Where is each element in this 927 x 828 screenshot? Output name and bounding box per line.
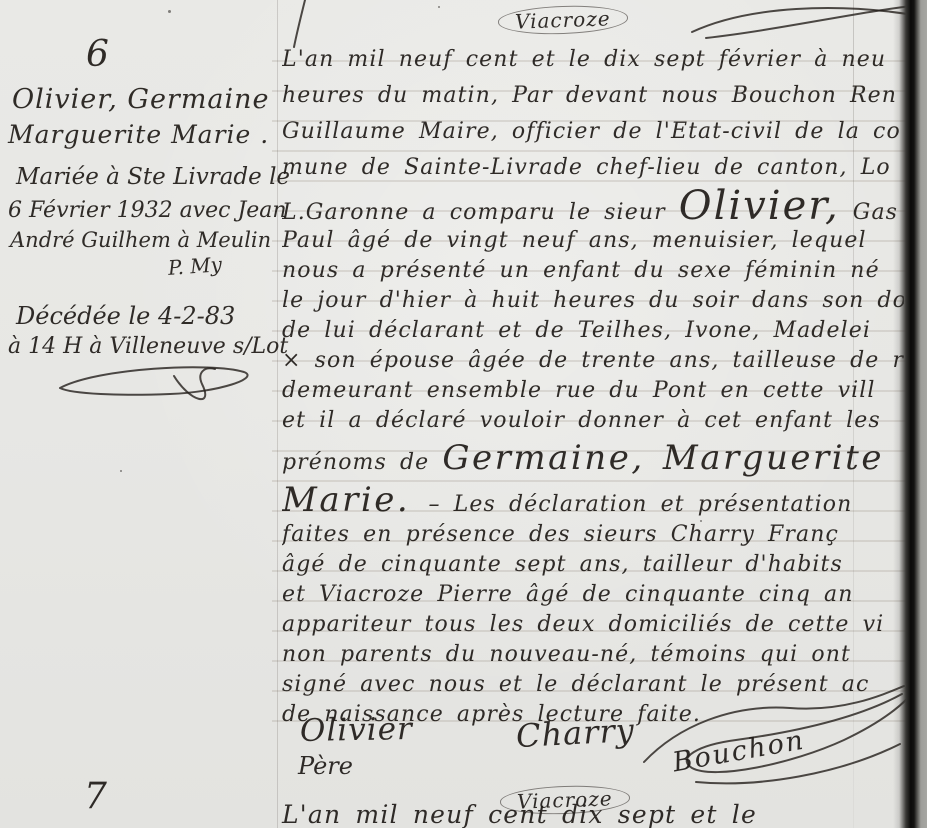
act-line-comparution: L.Garonne a comparu le sieur Olivier, Ga…: [282, 186, 904, 226]
book-binding-shadow: [893, 0, 927, 828]
act-number: 6: [86, 34, 110, 75]
act-line: mune de Sainte-Livrade chef-lieu de cant…: [282, 150, 904, 186]
death-note-line-1: Décédée le 4-2-83: [16, 302, 235, 330]
child-forename-marie-large: Marie.: [282, 480, 428, 520]
scan-speck: [438, 6, 440, 8]
act-line: L'an mil neuf cent et le dix sept févrie…: [282, 42, 904, 78]
next-act-number: 7: [84, 776, 107, 817]
scan-speck: [168, 10, 171, 13]
margin-signature-flourish: [52, 356, 267, 414]
scan-speck: [700, 520, 702, 522]
margin-rule-line: [277, 0, 278, 828]
child-forenames-large: Germaine, Marguerite: [442, 438, 884, 478]
registrant-name-line-1: Olivier, Germaine: [12, 84, 270, 115]
marriage-note-line-1: Mariée à Ste Livrade le: [16, 164, 290, 190]
act-line: non parents du nouveau-né, témoins qui o…: [282, 640, 904, 670]
act-line-prenoms: prénoms de Germaine, Marguerite: [282, 436, 904, 480]
marriage-note-line-3: André Guilhem à Meulin: [10, 228, 271, 252]
top-witness-paraph-text: Viacroze: [498, 4, 628, 37]
previous-signature-flourish: [688, 0, 924, 40]
act-line-marie: Marie. – Les déclaration et présentation: [282, 480, 904, 520]
act-line: faites en présence des sieurs Charry Fra…: [282, 520, 904, 550]
scan-speck: [120, 470, 122, 472]
marie-line-rest: – Les déclaration et présentation: [428, 492, 852, 517]
act-line: heures du matin, Par devant nous Bouchon…: [282, 78, 904, 114]
next-act-first-line: L'an mil neuf cent dix sept et le: [282, 800, 757, 828]
marriage-note-paraph: P. My: [167, 252, 222, 280]
witness-signature-charry: Charry: [515, 711, 636, 755]
marriage-note-line-2: 6 Février 1932 avec Jean: [8, 198, 287, 223]
comparution-prefix: L.Garonne a comparu le sieur: [282, 200, 679, 225]
act-line: de lui déclarant et de Teilhes, Ivone, M…: [282, 316, 904, 346]
father-signature-caption: Père: [298, 752, 353, 780]
act-line: le jour d'hier à huit heures du soir dan…: [282, 286, 904, 316]
act-line: Paul âgé de vingt neuf ans, menuisier, l…: [282, 226, 904, 256]
comparution-tail: Gas: [840, 200, 898, 225]
act-line: Guillaume Maire, officier de l'Etat-civi…: [282, 114, 904, 150]
father-signature: Olivier: [300, 711, 413, 749]
father-surname-large: Olivier,: [679, 183, 840, 229]
registry-scan-page: 6 Olivier, Germaine Marguerite Marie . M…: [0, 0, 927, 828]
act-line: et Viacroze Pierre âgé de cinquante cinq…: [282, 580, 904, 610]
prenoms-prefix: prénoms de: [282, 450, 442, 475]
act-text-block: L'an mil neuf cent et le dix sept févrie…: [282, 42, 904, 742]
act-line: × son épouse âgée de trente ans, tailleu…: [282, 346, 904, 376]
registrant-name-line-2: Marguerite Marie .: [8, 120, 269, 149]
act-line: âgé de cinquante sept ans, tailleur d'ha…: [282, 550, 904, 580]
act-line: demeurant ensemble rue du Pont en cette …: [282, 376, 904, 406]
act-line: nous a présenté un enfant du sexe fémini…: [282, 256, 904, 286]
act-line: et il a déclaré vouloir donner à cet enf…: [282, 406, 904, 436]
top-witness-paraph: Viacroze: [498, 6, 628, 34]
act-line: appariteur tous les deux domiciliés de c…: [282, 610, 904, 640]
